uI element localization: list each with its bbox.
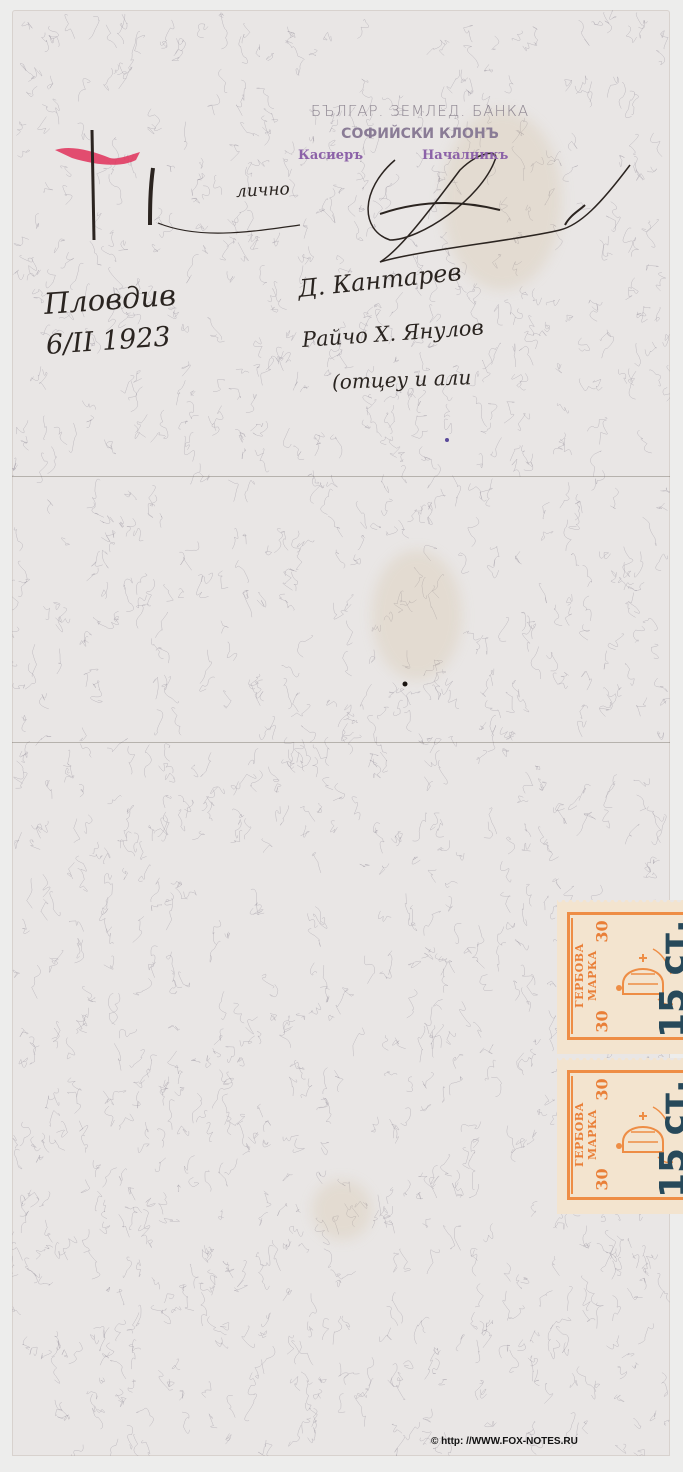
- stamp-value: 30: [593, 1010, 612, 1032]
- bank-stamp: БЪЛГАР. ЗЕМЛЕД. БАНКА СОФИЙСКИ КЛОНЪ Кас…: [290, 102, 550, 166]
- stamp-label: ГЕРБОВА МАРКА: [571, 1076, 589, 1194]
- cashier-label: Касиеръ: [298, 148, 363, 163]
- signature-flourish: [368, 153, 630, 262]
- stamp-value: 30: [593, 1168, 612, 1190]
- pen-stroke: [150, 168, 153, 225]
- red-mark: [55, 148, 140, 165]
- ink-dot: [403, 682, 408, 687]
- ink-marks: [0, 0, 683, 1472]
- stamp-overprint: 15 ст.: [653, 919, 683, 1038]
- revenue-stamp: ГЕРБОВА МАРКА 30 30 15 ст.: [557, 1058, 683, 1214]
- signature-stroke: [565, 205, 585, 225]
- violet-dot: [445, 438, 449, 442]
- revenue-stamp: ГЕРБОВА МАРКА 30 30 15 ст.: [557, 900, 683, 1054]
- signature-stroke: [380, 203, 500, 214]
- chief-label: Началникъ: [422, 148, 508, 163]
- bank-name: БЪЛГАР. ЗЕМЛЕД. БАНКА: [290, 102, 550, 120]
- perforation: [557, 1058, 683, 1064]
- branch-name: СОФИЙСКИ КЛОНЪ: [290, 126, 550, 142]
- stamp-overprint: 15 ст.: [653, 1079, 683, 1198]
- stamp-value: 30: [593, 1078, 612, 1100]
- stamp-label: ГЕРБОВА МАРКА: [571, 918, 589, 1034]
- copyright-watermark: © http: //WWW.FOX-NOTES.RU: [431, 1436, 578, 1447]
- handwritten-word: лично: [235, 179, 290, 202]
- perforation: [557, 900, 683, 906]
- pen-stroke: [92, 130, 94, 240]
- officer-labels: Касиеръ Началникъ: [290, 148, 550, 166]
- pen-stroke: [158, 223, 300, 233]
- signature-note: (отцеу и али: [332, 365, 472, 394]
- stamp-value: 30: [593, 920, 612, 942]
